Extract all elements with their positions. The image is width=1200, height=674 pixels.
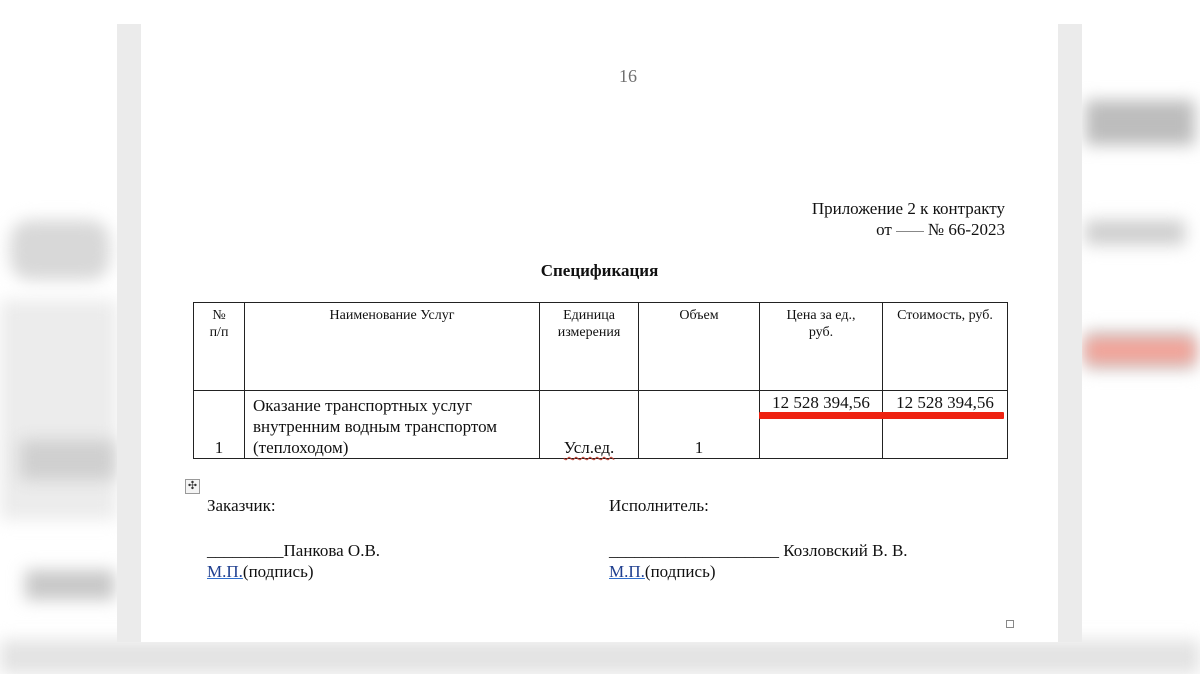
background-blur bbox=[25, 570, 115, 600]
header-service-name: Наименование Услуг bbox=[245, 303, 540, 391]
customer-signature-line: _________Панкова О.В. bbox=[207, 540, 380, 561]
cell-total: 12 528 394,56 bbox=[883, 391, 1008, 459]
background-blur bbox=[0, 300, 117, 520]
background-blur bbox=[1085, 220, 1185, 245]
specification-table: № п/п Наименование Услуг Единица измерен… bbox=[193, 302, 1008, 459]
table-header-row: № п/п Наименование Услуг Единица измерен… bbox=[194, 303, 1008, 391]
page-number: 16 bbox=[619, 66, 637, 87]
contractor-stamp: М.П.(подпись) bbox=[609, 561, 715, 582]
date-blank bbox=[896, 231, 924, 232]
background-blur bbox=[1085, 100, 1195, 145]
appendix-line-2: от№ 66-2023 bbox=[812, 219, 1005, 240]
contractor-name: Козловский В. В. bbox=[779, 541, 908, 560]
background-blur bbox=[20, 440, 115, 480]
table-resize-handle-icon[interactable] bbox=[1006, 620, 1014, 628]
customer-name: Панкова О.В. bbox=[284, 541, 381, 560]
appendix-reference: Приложение 2 к контракту от№ 66-2023 bbox=[812, 198, 1005, 240]
header-volume: Объем bbox=[639, 303, 760, 391]
header-total: Стоимость, руб. bbox=[883, 303, 1008, 391]
header-unit: Единица измерения bbox=[540, 303, 639, 391]
appendix-line-1: Приложение 2 к контракту bbox=[812, 198, 1005, 219]
header-unit-price: Цена за ед., руб. bbox=[760, 303, 883, 391]
red-highlight-underline bbox=[759, 412, 1004, 419]
table-row: 1 Оказание транспортных услуг внутренним… bbox=[194, 391, 1008, 459]
table-move-handle-icon[interactable]: ✣ bbox=[185, 479, 200, 494]
cell-service-name: Оказание транспортных услуг внутренним в… bbox=[245, 391, 540, 459]
customer-stamp: М.П.(подпись) bbox=[207, 561, 313, 582]
background-blur bbox=[1085, 338, 1195, 363]
background-blur bbox=[10, 220, 110, 280]
contractor-label: Исполнитель: bbox=[609, 495, 709, 516]
cell-volume: 1 bbox=[639, 391, 760, 459]
contractor-signature-line: ____________________ Козловский В. В. bbox=[609, 540, 908, 561]
header-number: № п/п bbox=[194, 303, 245, 391]
cell-number: 1 bbox=[194, 391, 245, 459]
document-title: Спецификация bbox=[141, 261, 1058, 281]
cell-unit: Усл.ед. bbox=[540, 391, 639, 459]
cell-unit-price: 12 528 394,56 bbox=[760, 391, 883, 459]
customer-label: Заказчик: bbox=[207, 495, 276, 516]
background-blur bbox=[0, 640, 1200, 674]
